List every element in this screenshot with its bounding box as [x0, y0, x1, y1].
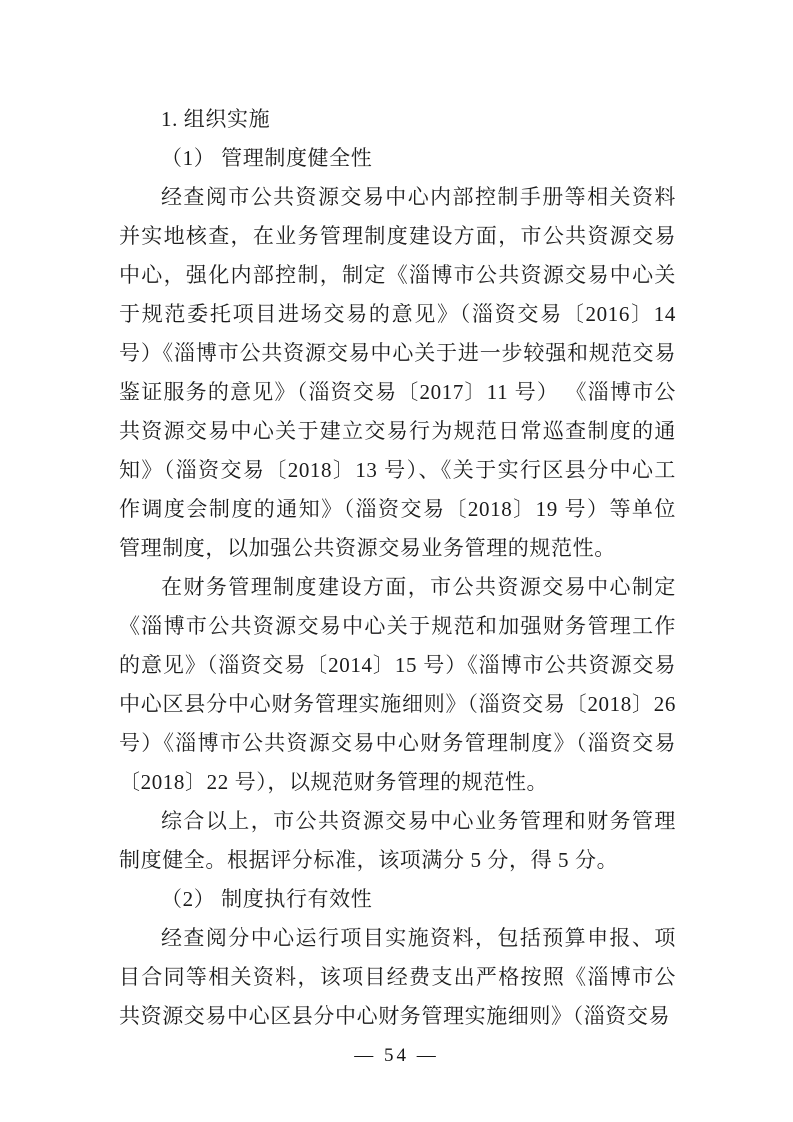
subsection-heading-management-system-completeness: （1） 管理制度健全性 [119, 139, 676, 178]
paragraph-score-summary: 综合以上，市公共资源交易中心业务管理和财务管理制度健全。根据评分标准，该项满分 … [119, 802, 676, 880]
page-number: — 54 — [0, 1045, 793, 1067]
document-page: 1. 组织实施 （1） 管理制度健全性 经查阅市公共资源交易中心内部控制手册等相… [0, 0, 793, 1122]
document-text-body: 1. 组织实施 （1） 管理制度健全性 经查阅市公共资源交易中心内部控制手册等相… [119, 100, 676, 1036]
paragraph-execution-review: 经查阅分中心运行项目实施资料，包括预算申报、项目合同等相关资料，该项目经费支出严… [119, 919, 676, 1036]
subsection-heading-system-execution-effectiveness: （2） 制度执行有效性 [119, 880, 676, 919]
paragraph-financial-management-system: 在财务管理制度建设方面，市公共资源交易中心制定《淄博市公共资源交易中心关于规范和… [119, 568, 676, 802]
section-heading-organization-implementation: 1. 组织实施 [119, 100, 676, 139]
paragraph-business-management-system: 经查阅市公共资源交易中心内部控制手册等相关资料并实地核查，在业务管理制度建设方面… [119, 178, 676, 568]
